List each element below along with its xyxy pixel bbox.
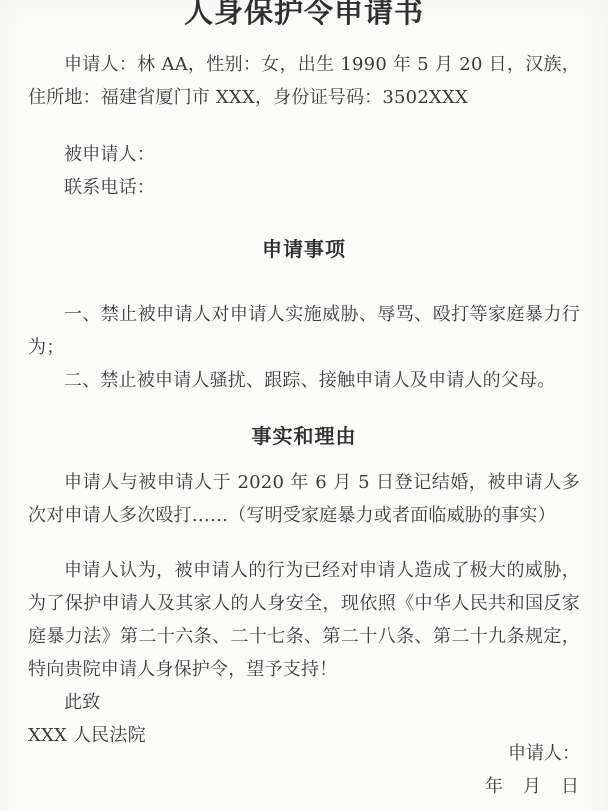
respondent-label: 被申请人： [28,138,580,171]
applicant-info-paragraph: 申请人：林 AA，性别：女，出生 1990 年 5 月 20 日，汉族，住所地：… [28,48,580,114]
signature-applicant-label: 申请人： [485,737,580,770]
signature-date-line: 年 月 日 [485,770,580,803]
document-page: 人身保护令申请书 申请人：林 AA，性别：女，出生 1990 年 5 月 20 … [0,0,608,811]
section-heading-facts-and-reasons: 事实和理由 [28,425,580,449]
request-item-2: 二、禁止被申请人骚扰、跟踪、接触申请人及申请人的父母。 [28,364,580,397]
facts-paragraph-1: 申请人与被申请人于 2020 年 6 月 5 日登记结婚，被申请人多次对申请人多… [28,466,580,532]
section-heading-request-items: 申请事项 [28,238,580,262]
closing-salute: 此致 [28,686,580,719]
phone-label: 联系电话： [28,171,580,204]
request-item-1: 一、禁止被申请人对申请人实施威胁、辱骂、殴打等家庭暴力行为； [28,298,580,364]
page-title: 人身保护令申请书 [28,0,580,31]
signature-block: 申请人： 年 月 日 [485,737,580,803]
facts-paragraph-2: 申请人认为，被申请人的行为已经对申请人造成了极大的威胁，为了保护申请人及其家人的… [28,554,580,686]
